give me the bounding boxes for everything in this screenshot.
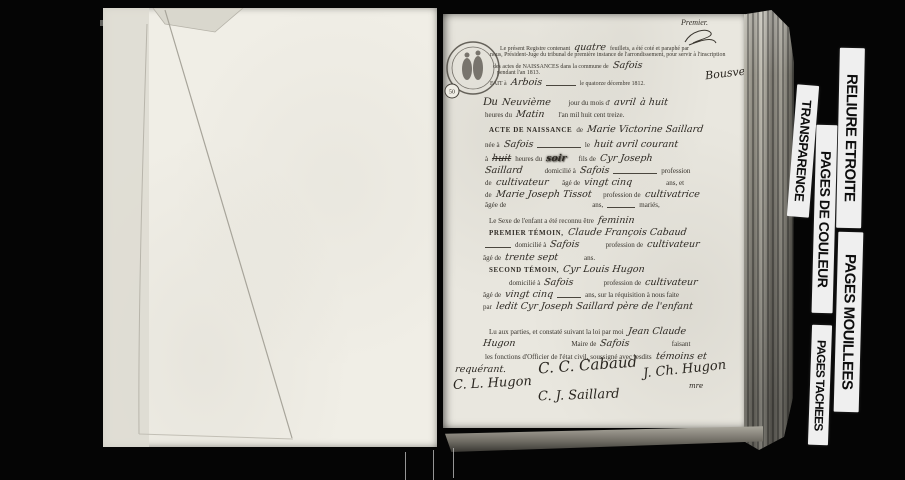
- handwritten-text: Cyr Louis Hugon: [562, 265, 645, 275]
- printed-text: ans, et: [666, 180, 684, 188]
- handwritten-text: Claude François Cabaud: [567, 228, 687, 238]
- printed-text: le: [585, 142, 590, 150]
- handwritten-text: Safois: [612, 61, 643, 71]
- printed-text: domicilié à: [545, 168, 576, 176]
- fold-corner: [153, 8, 243, 32]
- handwritten-struck: huit: [491, 154, 511, 164]
- handwritten-text: requérant.: [454, 365, 506, 375]
- spacer: [493, 284, 505, 285]
- handwritten-text: Cyr Joseph: [599, 154, 653, 164]
- signature-registrar: Bousverot: [704, 63, 745, 83]
- spacer: [554, 104, 564, 105]
- printed-text: faisant: [672, 341, 691, 349]
- printed-text: de: [576, 127, 583, 135]
- fold-diagonal-line: [165, 10, 292, 438]
- act-line: àhuitheures dusoirfils deCyr Joseph: [485, 154, 652, 164]
- printed-text: domicilié à: [509, 280, 540, 288]
- handwritten-text: Safois: [579, 166, 610, 176]
- spacer: [584, 246, 602, 247]
- spacer: [527, 172, 541, 173]
- act-line: Le Sexe de l'enfant a été reconnu êtrefe…: [489, 216, 634, 226]
- act-line: PREMIER TÉMOIN,Claude François Cabaud: [489, 228, 686, 238]
- printed-text: profession de: [603, 192, 641, 200]
- under-page-strip: [103, 8, 149, 447]
- act-line: DuNeuvièmejour du mois d'avrilà huit: [483, 95, 668, 108]
- act-line: domicilié àSafoisprofession decultivateu…: [493, 278, 698, 288]
- handwritten-text: cultivateur: [495, 178, 549, 188]
- printed-text: âgée de: [485, 202, 506, 210]
- handwritten-text: Neuvième: [501, 98, 551, 108]
- spacer: [578, 284, 600, 285]
- printed-text: de: [485, 192, 492, 200]
- register-header-line: pendant l'an 1813.: [497, 70, 540, 76]
- handwritten-text: à huit: [639, 98, 668, 108]
- handwritten-text: vingt cinq: [584, 178, 633, 188]
- act-line: âgée deans,mariés,: [485, 202, 660, 210]
- stamp-value: 50: [449, 90, 455, 96]
- handwritten-text: trente sept: [504, 253, 558, 263]
- page-edge-bottom: [445, 424, 763, 452]
- printed-text: mariés,: [639, 202, 659, 210]
- closing-line: HugonMaire deSafoisfaisant: [483, 339, 690, 349]
- page-edge-fore: [744, 10, 794, 450]
- signature-mayor-title: mre: [689, 382, 703, 390]
- printed-text: Lu aux parties, et constaté suivant la l…: [489, 329, 624, 337]
- rule-dash: [613, 170, 657, 174]
- printed-text: profession: [661, 168, 690, 176]
- printed-text: ans,: [592, 202, 603, 210]
- film-scratch: [453, 448, 454, 478]
- film-speck: [100, 20, 103, 26]
- handwritten-text: cultivatrice: [644, 190, 700, 200]
- microfilm-frame: Premier. 50 Le présent Registre contenan…: [0, 0, 905, 480]
- handwritten-text: cultivateur: [645, 278, 699, 288]
- handwritten-text: Hugon: [482, 339, 516, 349]
- spacer: [562, 259, 580, 260]
- printed-text: à: [485, 156, 488, 164]
- printed-text: l'an mil huit cent treize.: [558, 112, 624, 120]
- fold-bottom-line: [139, 434, 293, 439]
- act-line: SECOND TÉMOIN,Cyr Louis Hugon: [489, 265, 645, 275]
- printed-text: heures du: [515, 156, 542, 164]
- handwritten-text: Matin: [515, 110, 545, 120]
- printed-label: SECOND TÉMOIN,: [489, 267, 559, 275]
- printed-text: fils de: [579, 156, 596, 164]
- printed-label: ACTE DE NAISSANCE: [489, 127, 572, 135]
- handwritten-text: Arbois: [510, 78, 542, 88]
- blank-left-page: [103, 8, 437, 447]
- printed-text: Maire de: [571, 341, 596, 349]
- spacer: [595, 196, 599, 197]
- printed-text: ans, sur la réquisition à nous faite: [585, 292, 679, 300]
- act-line: decultivateurâgé devingt cinqans, et: [485, 178, 684, 188]
- printed-text: âgé de: [562, 180, 580, 188]
- spacer: [636, 184, 662, 185]
- page-series-label: Premier.: [681, 18, 708, 27]
- spacer: [552, 184, 558, 185]
- handwritten-text: Safois: [550, 240, 581, 250]
- act-line: née àSafoislehuit avril courant: [485, 140, 678, 150]
- rule-dash: [537, 144, 581, 148]
- printed-initial: Du: [483, 95, 498, 107]
- printed-text: Le Sexe de l'enfant a été reconnu être: [489, 218, 594, 226]
- register-header-line: FAIT àArboisle quatorze décembre 1812.: [490, 78, 645, 88]
- page-fold-lines: [103, 8, 437, 447]
- handwritten-text: vingt cinq: [504, 290, 553, 300]
- handwritten-text: Saillard: [484, 166, 523, 176]
- handwritten-text: Marie Joseph Tissot: [495, 190, 592, 200]
- printed-text: âgé de: [483, 255, 501, 263]
- spacer: [634, 345, 668, 346]
- closing-line: requérant.: [455, 365, 506, 375]
- printed-text: profession de: [606, 242, 644, 250]
- act-line: deMarie Joseph Tissotprofession decultiv…: [485, 190, 699, 200]
- act-line: parledit Cyr Joseph Saillard père de l'e…: [483, 302, 693, 312]
- spacer: [571, 160, 575, 161]
- handwritten-text: Marie Victorine Saillard: [586, 125, 703, 135]
- printed-text: pendant l'an 1813.: [497, 70, 540, 76]
- printed-text: âgé de: [483, 292, 501, 300]
- film-label-pages-mouillees: PAGES MOUILLEES: [834, 232, 864, 413]
- printed-text: jour du mois d': [568, 100, 610, 108]
- register-page: Premier. 50 Le présent Registre contenan…: [443, 14, 745, 428]
- act-line: âgé detrente septans.: [483, 253, 595, 263]
- handwritten-text: cultivateur: [647, 240, 701, 250]
- printed-text: le quatorze décembre 1812.: [580, 81, 645, 87]
- rule-dash: [546, 82, 576, 86]
- handwritten-text: feminin: [597, 216, 635, 226]
- register-header-line: nous, Président-Juge du tribunal de prem…: [490, 52, 725, 58]
- signature-declarant: C. J. Saillard: [538, 387, 620, 405]
- film-scratch: [433, 450, 434, 480]
- handwritten-text: avril: [614, 98, 637, 108]
- film-label-reliure-etroite: RELIURE ETROITE: [836, 48, 865, 228]
- handwritten-text: Safois: [503, 140, 534, 150]
- film-scratch: [405, 452, 406, 480]
- act-line: ACTE DE NAISSANCEdeMarie Victorine Saill…: [489, 125, 703, 135]
- act-line: domicilié àSafoisprofession decultivateu…: [485, 240, 700, 250]
- rule-dash: [557, 294, 581, 298]
- spacer: [519, 345, 567, 346]
- film-label-pages-tachees: PAGES TACHEES: [808, 325, 832, 446]
- spacer: [548, 116, 554, 117]
- printed-text: profession de: [604, 280, 642, 288]
- spacer: [510, 206, 588, 207]
- handwritten-blotted: soir: [546, 154, 568, 164]
- printed-text: de: [485, 180, 492, 188]
- printed-text: heures du: [485, 112, 512, 120]
- closing-line: Lu aux parties, et constaté suivant la l…: [489, 327, 686, 337]
- film-label-pages-de-couleur: PAGES DE COULEUR: [812, 125, 838, 313]
- rule-dash: [485, 244, 511, 248]
- printed-text: ans.: [584, 255, 595, 263]
- act-line: âgé devingt cinqans, sur la réquisition …: [483, 290, 679, 300]
- handwritten-text: Safois: [600, 339, 631, 349]
- act-line: Saillarddomicilié àSafoisprofession: [485, 166, 690, 176]
- printed-text: FAIT à: [490, 81, 507, 87]
- printed-text: nous, Président-Juge du tribunal de prem…: [490, 52, 725, 58]
- printed-text: domicilié à: [515, 242, 546, 250]
- act-line: heures duMatinl'an mil huit cent treize.: [485, 110, 624, 120]
- handwritten-text: Jean Claude: [627, 327, 686, 337]
- rule-dash: [607, 204, 635, 208]
- printed-label: PREMIER TÉMOIN,: [489, 230, 564, 238]
- printed-text: née à: [485, 142, 500, 150]
- handwritten-text: Safois: [544, 278, 575, 288]
- printed-text: par: [483, 304, 492, 312]
- signature-witness2: C. L. Hugon: [453, 374, 533, 393]
- handwritten-text: huit avril courant: [593, 140, 678, 150]
- handwritten-text: ledit Cyr Joseph Saillard père de l'enfa…: [495, 302, 693, 312]
